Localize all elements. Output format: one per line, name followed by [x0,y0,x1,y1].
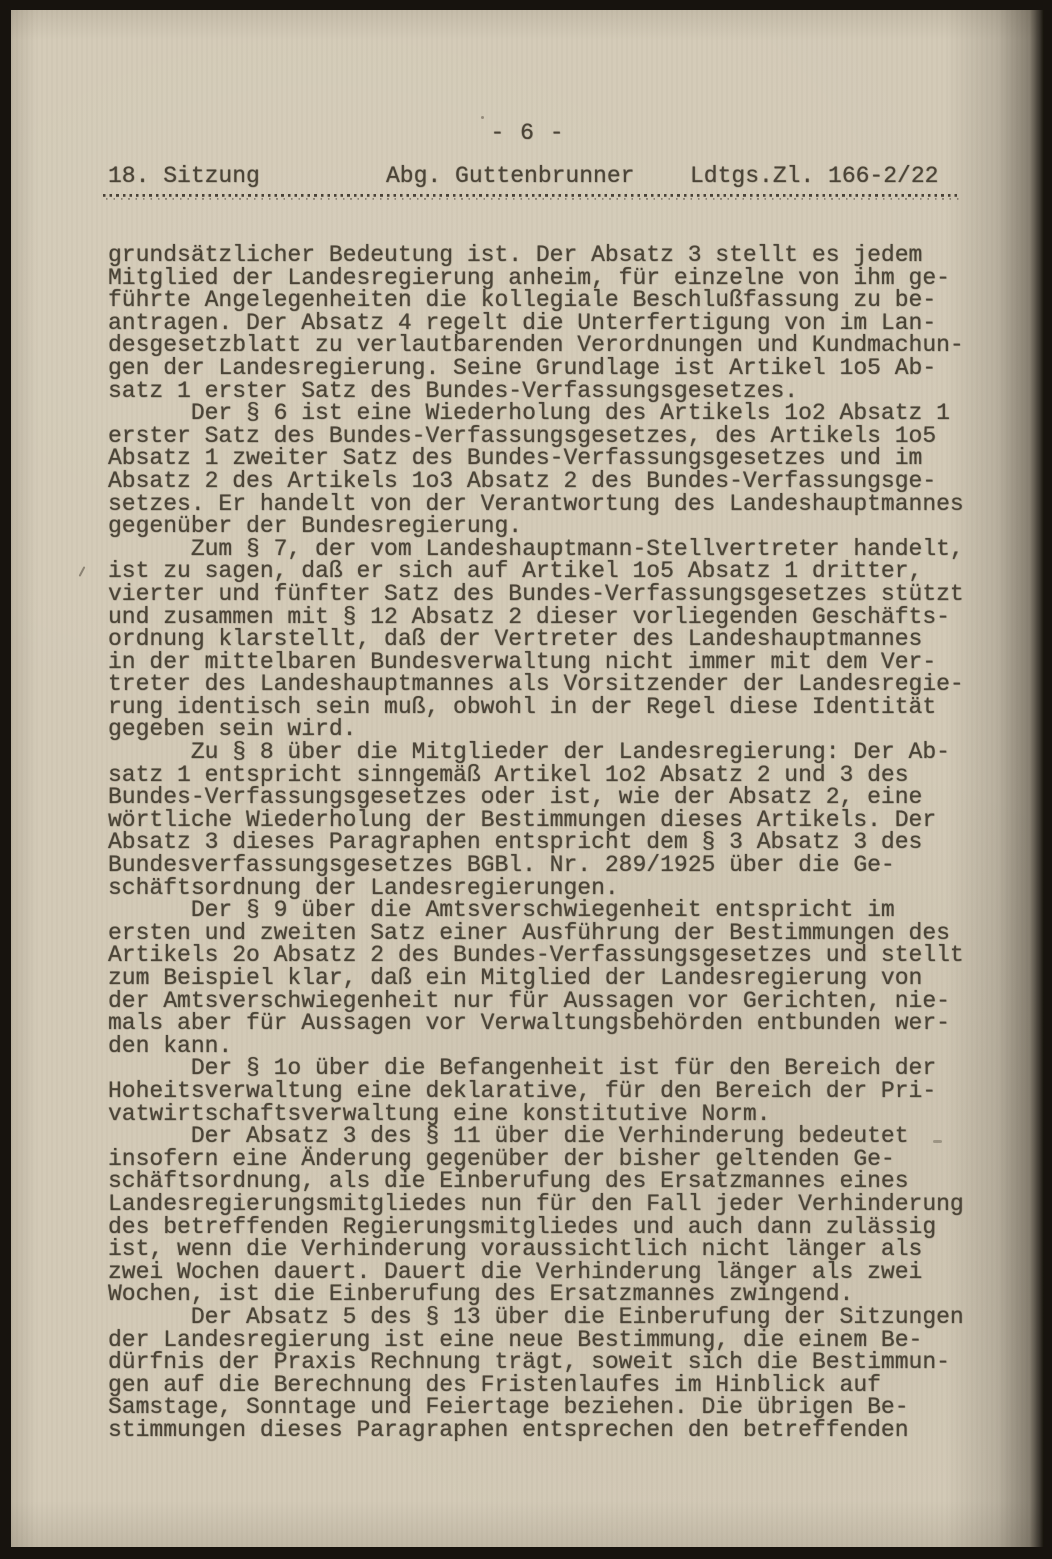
text-line: vatwirtschaftsverwaltung eine konstituti… [108,1103,1008,1126]
text-line: Landesregierungsmitgliedes nun für den F… [108,1193,1008,1216]
text-line: schäftsordnung, als die Einberufung des … [108,1170,1008,1193]
text-line: zwei Wochen dauert. Dauert die Verhinder… [108,1261,1008,1284]
text-line: satz 1 erster Satz des Bundes-Verfassung… [108,380,1008,403]
text-line: satz 1 entspricht sinngemäß Artikel 1o2 … [108,764,1008,787]
text-line: Der § 9 über die Amtsverschwiegenheit en… [108,899,1008,922]
text-line: ist zu sagen, daß er sich auf Artikel 1o… [108,560,1008,583]
text-line: des betreffenden Regierungsmitgliedes un… [108,1216,1008,1239]
text-line: treter des Landeshauptmannes als Vorsitz… [108,673,1008,696]
scan-artifact-dash [933,1140,942,1143]
text-line: führte Angelegenheiten die kollegiale Be… [108,289,1008,312]
paragraph: Der Absatz 5 des § 13 über die Einberufu… [108,1306,1008,1442]
text-line: Der Absatz 3 des § 11 über die Verhinder… [108,1125,1008,1148]
page-header: 18. Sitzung Abg. Guttenbrunner Ldtgs.Zl.… [108,163,988,193]
header-divider-dotted-line [103,194,961,201]
text-line: Absatz 3 dieses Paragraphen entspricht d… [108,831,1008,854]
text-line: zum Beispiel klar, daß ein Mitglied der … [108,967,1008,990]
text-line: erster Satz des Bundes-Verfassungsgesetz… [108,425,1008,448]
text-line: Absatz 2 des Artikels 1o3 Absatz 2 des B… [108,470,1008,493]
text-line: schäftsordnung der Landesregierungen. [108,877,1008,900]
text-line: der Landesregierung ist eine neue Bestim… [108,1329,1008,1352]
text-line: desgesetzblatt zu verlautbarenden Verord… [108,334,1008,357]
text-line: Samstage, Sonntage und Feiertage beziehe… [108,1396,1008,1419]
text-line: gegenüber der Bundesregierung. [108,515,1008,538]
text-line: grundsätzlicher Bedeutung ist. Der Absat… [108,244,1008,267]
text-line: Hoheitsverwaltung eine deklarative, für … [108,1080,1008,1103]
text-line: insofern eine Änderung gegenüber der bis… [108,1148,1008,1171]
text-line: gegeben sein wird. [108,718,1008,741]
text-line: Der Absatz 5 des § 13 über die Einberufu… [108,1306,1008,1329]
text-line: gen der Landesregierung. Seine Grundlage… [108,357,1008,380]
paragraph: Der Absatz 3 des § 11 über die Verhinder… [108,1125,1008,1306]
text-line: in der mittelbaren Bundesverwaltung nich… [108,651,1008,674]
text-line: ist, wenn die Verhinderung voraussichtli… [108,1238,1008,1261]
page-number: - 6 - [11,120,1044,146]
text-line: vierter und fünfter Satz des Bundes-Verf… [108,583,1008,606]
text-line: Bundesverfassungsgesetzes BGBl. Nr. 289/… [108,854,1008,877]
text-line: Wochen, ist die Einberufung des Ersatzma… [108,1283,1008,1306]
text-line: Mitglied der Landesregierung anheim, für… [108,267,1008,290]
header-speaker-label: Abg. Guttenbrunner [386,163,634,189]
text-line: Zum § 7, der vom Landeshauptmann-Stellve… [108,538,1008,561]
text-line: den kann. [108,1035,1008,1058]
text-line: Bundes-Verfassungsgesetzes oder ist, wie… [108,786,1008,809]
text-line: Der § 6 ist eine Wiederholung des Artike… [108,402,1008,425]
paragraph: Zum § 7, der vom Landeshauptmann-Stellve… [108,538,1008,741]
paragraph: Der § 1o über die Befangenheit ist für d… [108,1057,1008,1125]
text-line: dürfnis der Praxis Rechnung trägt, sowei… [108,1351,1008,1374]
header-document-number: Ldtgs.Zl. 166-2/22 [690,163,938,189]
paragraph: Der § 6 ist eine Wiederholung des Artike… [108,402,1008,538]
text-line: Der § 1o über die Befangenheit ist für d… [108,1057,1008,1080]
paragraph: grundsätzlicher Bedeutung ist. Der Absat… [108,244,1008,402]
text-line: gen auf die Berechnung des Fristenlaufes… [108,1374,1008,1397]
document-page: - 6 - 18. Sitzung Abg. Guttenbrunner Ldt… [11,10,1044,1547]
text-line: setzes. Er handelt von der Verantwortung… [108,493,1008,516]
text-line: antragen. Der Absatz 4 regelt die Unterf… [108,312,1008,335]
text-line: ordnung klarstellt, daß der Vertreter de… [108,628,1008,651]
text-line: und zusammen mit § 12 Absatz 2 dieser vo… [108,606,1008,629]
text-line: mals aber für Aussagen vor Verwaltungsbe… [108,1012,1008,1035]
header-session-label: 18. Sitzung [108,163,260,189]
scan-background: { "page": { "number_label": "- 6 -", "he… [0,0,1052,1559]
paragraph: Zu § 8 über die Mitglieder der Landesreg… [108,741,1008,899]
text-line: stimmungen dieses Paragraphen entspreche… [108,1419,1008,1442]
text-line: Zu § 8 über die Mitglieder der Landesreg… [108,741,1008,764]
text-line: Artikels 2o Absatz 2 des Bundes-Verfassu… [108,944,1008,967]
paragraph: Der § 9 über die Amtsverschwiegenheit en… [108,899,1008,1057]
scan-artifact-dot [481,116,484,119]
scan-artifact-slash [79,566,86,577]
text-line: Absatz 1 zweiter Satz des Bundes-Verfass… [108,447,1008,470]
text-line: der Amtsverschwiegenheit nur für Aussage… [108,990,1008,1013]
document-body-text: grundsätzlicher Bedeutung ist. Der Absat… [108,244,1008,1441]
